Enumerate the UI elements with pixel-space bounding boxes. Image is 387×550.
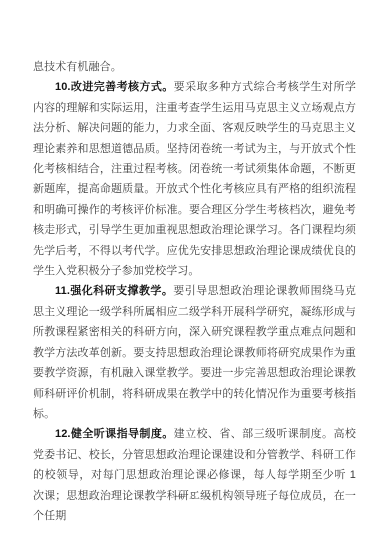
paragraph-clause-10-body: 要采取多种方式综合考核学生对所学内容的理解和实际运用，注重考查学生运用马克思主义… xyxy=(33,81,356,277)
paragraph-clause-12: 12.健全听课指导制度。建立校、省、部三级听课制度。高校党委书记、校长，分管思想… xyxy=(33,424,356,526)
document-body: 息技术有机融合。 10.改进完善考核方式。要采取多种方式综合考核学生对所学内容的… xyxy=(33,57,356,526)
paragraph-clause-11-body: 要引导思想政治理论课教师围绕马克思主义理论一级学科所属相应二级学科开展科学研究，… xyxy=(33,285,356,419)
paragraph-clause-11-heading: 11.强化科研支撑教学。 xyxy=(55,285,173,297)
paragraph-clause-11: 11.强化科研支撑教学。要引导思想政治理论课教师围绕马克思主义理论一级学科所属相… xyxy=(33,281,356,424)
paragraph-continuation: 息技术有机融合。 xyxy=(33,57,356,77)
paragraph-clause-12-body: 建立校、省、部三级听课制度。高校党委书记、校长，分管思想政治理论课建设和分管教学… xyxy=(33,428,356,522)
page-number: — 8 — xyxy=(0,491,387,502)
document-page: 息技术有机融合。 10.改进完善考核方式。要采取多种方式综合考核学生对所学内容的… xyxy=(0,0,387,550)
paragraph-clause-10: 10.改进完善考核方式。要采取多种方式综合考核学生对所学内容的理解和实际运用，注… xyxy=(33,77,356,281)
paragraph-clause-10-heading: 10.改进完善考核方式。 xyxy=(55,81,174,93)
paragraph-clause-12-heading: 12.健全听课指导制度。 xyxy=(55,428,174,440)
